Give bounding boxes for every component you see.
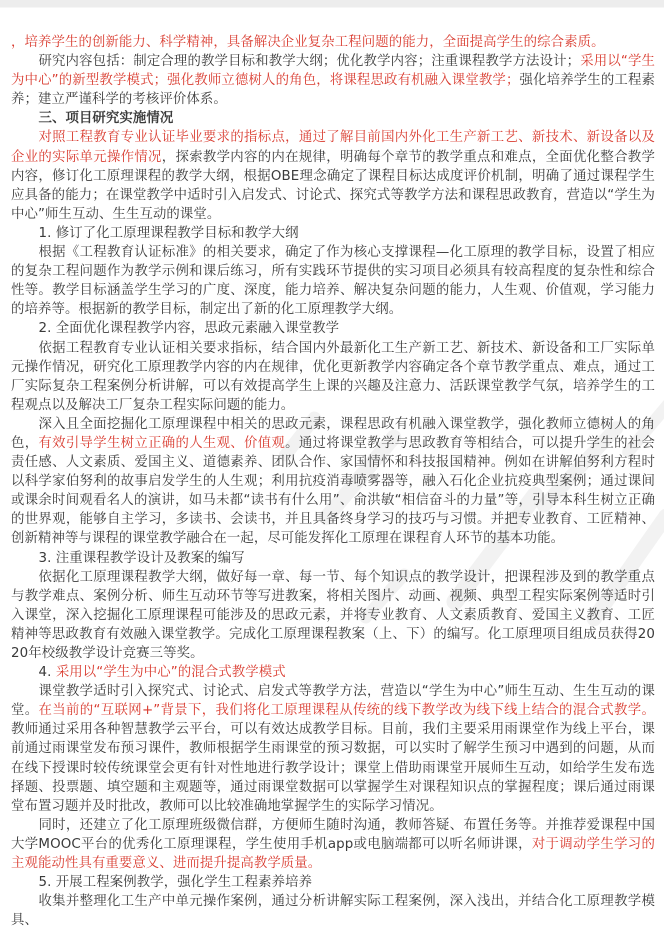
paragraph: 研究内容包括：制定合理的教学目标和教学大纲；优化教学内容；注重课程教学方法设计；… <box>11 52 655 109</box>
paragraph: 课堂教学适时引入探究式、讨论式、启发式等教学方法，营造以“学生为中心”师生互动、… <box>11 682 655 816</box>
paragraph: 收集并整理化工生产中单元操作案例，通过分析讲解实际工程案例，深入浅出，并结合化工… <box>11 892 655 930</box>
paragraph: 依据工程教育专业认证相关要求指标，结合国内外最新化工生产新工艺、新技术、新设备和… <box>11 339 655 415</box>
heading-text-red: 采用以“学生为中心”的混合式教学模式 <box>56 665 286 680</box>
paragraph: 依据化工原理课程教学大纲，做好每一章、每一节、每个知识点的教学设计，把课程涉及到… <box>11 568 655 663</box>
heading-text: 1. 修订了化工原理课程教学目标和教学大纲 <box>38 226 298 241</box>
text-segment: 教师通过采用各种智慧教学云平台，可以有效达成教学目标。目前，我们主要采用雨课堂作… <box>11 722 655 813</box>
paragraph: 深入且全面挖掘化工原理课程中相关的思政元素，课程思政有机融入课堂教学，强化教师立… <box>11 415 655 549</box>
text-segment: 研究内容包括：制定合理的教学目标和教学大纲；优化教学内容；注重课程教学方法设计； <box>38 54 580 69</box>
heading-number: 4. <box>38 665 55 680</box>
paragraph-continuation: ，培养学生的创新能力、科学精神，具备解决企业复杂工程问题的能力，全面提高学生的综… <box>11 33 655 52</box>
heading-text: 2. 全面优化课程教学内容，思政元素融入课堂教学 <box>38 321 339 336</box>
text-segment-red: 在当前的“互联网+”背景下，我们将化工原理课程从传统的线下教学改为线下线上结合的… <box>38 703 655 718</box>
section-heading: 三、项目研究实施情况 <box>11 109 655 128</box>
text-segment: 根据《工程教育认证标准》的相关要求，确定了作为核心支撑课程—化工原理的教学目标，… <box>11 245 655 317</box>
paragraph: 同时，还建立了化工原理班级微信群，方便师生随时沟通，教师答疑、布置任务等。并推荐… <box>11 816 655 873</box>
numbered-heading: 5. 开展工程案例教学，强化学生工程素养培养 <box>11 873 655 892</box>
paragraph: 根据《工程教育认证标准》的相关要求，确定了作为核心支撑课程—化工原理的教学目标，… <box>11 243 655 319</box>
numbered-heading: 3. 注重课程教学设计及教案的编写 <box>11 549 655 568</box>
text-segment: 收集并整理化工生产中单元操作案例，通过分析讲解实际工程案例，深入浅出，并结合化工… <box>11 894 655 928</box>
numbered-heading: 2. 全面优化课程教学内容，思政元素融入课堂教学 <box>11 319 655 338</box>
text-segment-red: ，培养学生的创新能力、科学精神，具备解决企业复杂工程问题的能力，全面提高学生的综… <box>11 35 605 50</box>
text-segment: 。通过将课堂教学与思政教育等相结合，可以提升学生的社会责任感、人文素质、爱国主义… <box>11 436 655 546</box>
heading-text: 3. 注重课程教学设计及教案的编写 <box>38 551 244 566</box>
document-page: { "colors": { "accent_red": "#d93a2e", "… <box>0 0 664 952</box>
text-segment: 依据化工原理课程教学大纲，做好每一章、每一节、每个知识点的教学设计，把课程涉及到… <box>11 570 655 661</box>
numbered-heading: 1. 修订了化工原理课程教学目标和教学大纲 <box>11 224 655 243</box>
paragraph: 对照工程教育专业认证毕业要求的指标点，通过了解目前国内外化工生产新工艺、新技术、… <box>11 128 655 223</box>
document-body: ，培养学生的创新能力、科学精神，具备解决企业复杂工程问题的能力，全面提高学生的综… <box>0 8 664 930</box>
text-segment-red: 有效引导学生树立正确的人生观、价值观 <box>38 436 285 451</box>
heading-text: 三、项目研究实施情况 <box>38 111 173 126</box>
page-top-edge <box>0 0 664 8</box>
numbered-heading: 4. 采用以“学生为中心”的混合式教学模式 <box>11 663 655 682</box>
text-segment: 依据工程教育专业认证相关要求指标，结合国内外最新化工生产新工艺、新技术、新设备和… <box>11 341 655 413</box>
heading-text: 5. 开展工程案例教学，强化学生工程素养培养 <box>38 875 312 890</box>
